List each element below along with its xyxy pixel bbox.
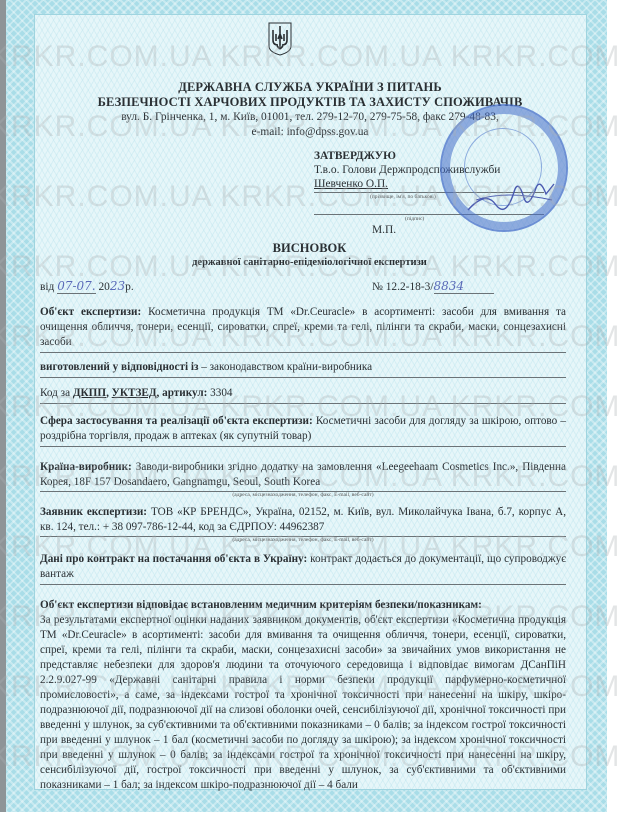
divider [40, 352, 566, 353]
date-prefix: від [40, 281, 54, 293]
code-label-pre: Код за [40, 387, 73, 399]
number-prefix: № 12.2-18-3/ [372, 281, 434, 293]
trident-coat-of-arms-icon [268, 22, 292, 56]
date-handwritten: 07-07. [57, 279, 95, 294]
approval-heading: ЗАТВЕРДЖУЮ [314, 150, 396, 162]
divider [40, 584, 566, 585]
approval-name: Шевченко О.П. [314, 178, 388, 190]
code-label-post: , артикул: [157, 387, 208, 399]
document-number: № 12.2-18-3/8834 [372, 279, 494, 294]
section-scope: Сфера застосування та реалізації об'єкта… [40, 414, 566, 444]
year-prefix: 20 [98, 281, 109, 293]
document-title: ВИСНОВОК [0, 241, 619, 256]
applicant-label: Заявник експертизи: [40, 506, 147, 518]
number-handwritten: 8834 [434, 279, 494, 294]
divider [40, 403, 566, 404]
section-code: Код за ДКПП, УКТЗЕД, артикул: 3304 [40, 386, 566, 401]
handwritten-signature-icon [466, 170, 556, 220]
section-applicant: Заявник експертизи: ТОВ «КР БРЕНДС», Укр… [40, 505, 566, 535]
document-date: від 07-07. 2023р. [40, 279, 134, 293]
certificate-document: ДЕРЖАВНА СЛУЖБА УКРАЇНИ З ПИТАНЬ БЕЗПЕЧН… [0, 0, 619, 827]
agency-name-line1: ДЕРЖАВНА СЛУЖБА УКРАЇНИ З ПИТАНЬ [40, 80, 580, 95]
country-label: Країна-виробник: [40, 461, 132, 473]
year-handwritten: 23 [110, 279, 125, 293]
code-value: 3304 [210, 387, 232, 399]
country-caption: (адреса, місцезнаходження, телефон, факс… [40, 492, 566, 498]
divider [40, 446, 566, 447]
code-label-dkpp: ДКПП [73, 387, 106, 399]
document-subtitle: державної санітарно-епідеміологічної екс… [0, 257, 619, 268]
manufactured-text: – законодавством країни-виробника [201, 361, 372, 373]
seal-label: М.П. [372, 224, 396, 236]
signature-caption: (підпис) [405, 216, 424, 222]
manufactured-label: виготовлений у відповідності із [40, 361, 198, 373]
section-country: Країна-виробник: Заводи-виробники згідно… [40, 460, 566, 490]
scope-label: Сфера застосування та реалізації об'єкта… [40, 415, 313, 427]
contract-label: Дані про контракт на постачання об'єкта … [40, 553, 307, 565]
divider [40, 377, 566, 378]
compliance-text: За результатами експертної оцінки надани… [40, 614, 566, 791]
code-label-uktzed: УКТЗЕД [112, 387, 157, 399]
section-contract: Дані про контракт на постачання об'єкта … [40, 552, 566, 582]
section-manufactured: виготовлений у відповідності із – законо… [40, 360, 566, 375]
name-caption: (прізвище, ім'я, по батькові) [370, 194, 436, 200]
section-compliance: Об'єкт експертизи відповідає встановлени… [40, 598, 566, 793]
compliance-label: Об'єкт експертизи відповідає встановлени… [40, 598, 566, 613]
object-label: Об'єкт експертизи: [40, 306, 141, 318]
applicant-caption: (адреса, місцезнаходження, телефон, факс… [40, 537, 566, 543]
code-label: Код за ДКПП, УКТЗЕД, артикул: [40, 387, 207, 399]
year-suffix: р. [125, 281, 134, 293]
section-object: Об'єкт експертизи: Косметична продукція … [40, 305, 566, 350]
